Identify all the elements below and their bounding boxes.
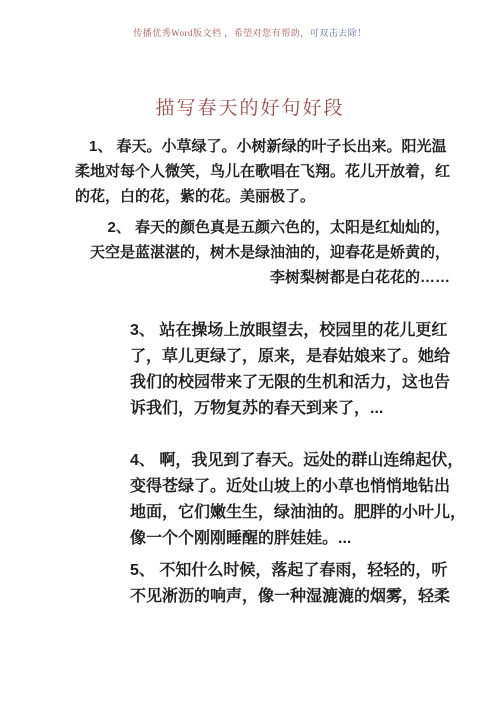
header-watermark: 传播优秀Word版文档 ，希望对您有帮助，可双击去除！ <box>0 27 500 39</box>
watermark-text-main: 传播优秀Word版文档 ，希望对您有帮助， <box>133 28 310 38</box>
document-page: 传播优秀Word版文档 ，希望对您有帮助，可双击去除！ 描写春天的好句好段 1、… <box>0 0 500 708</box>
paragraph-2: 2、 春天的颜色真是五颜六色的，太阳是红灿灿的， 天空是蓝湛湛的，树木是绿油油的… <box>75 215 450 290</box>
paragraph-5: 5、 不知什么时候，落起了春雨，轻轻的，听 不见淅沥的响声，像一种湿漉漉的烟雾，… <box>130 558 475 610</box>
paragraph-3: 3、 站在操场上放眼望去，校园里的花儿更红 了，草儿更绿了，原来，是春姑娘来了。… <box>130 318 475 422</box>
watermark-text-tail: 可双击去除！ <box>310 28 367 38</box>
paragraph-1: 1、 春天。小草绿了。小树新绿的叶子长出来。阳光温 柔地对每个人微笑，鸟儿在歌唱… <box>75 134 465 209</box>
page-title: 描写春天的好句好段 <box>0 96 500 122</box>
paragraph-4: 4、 啊，我见到了春天。远处的群山连绵起伏， 变得苍绿了。近处山坡上的小草也悄悄… <box>130 448 475 552</box>
